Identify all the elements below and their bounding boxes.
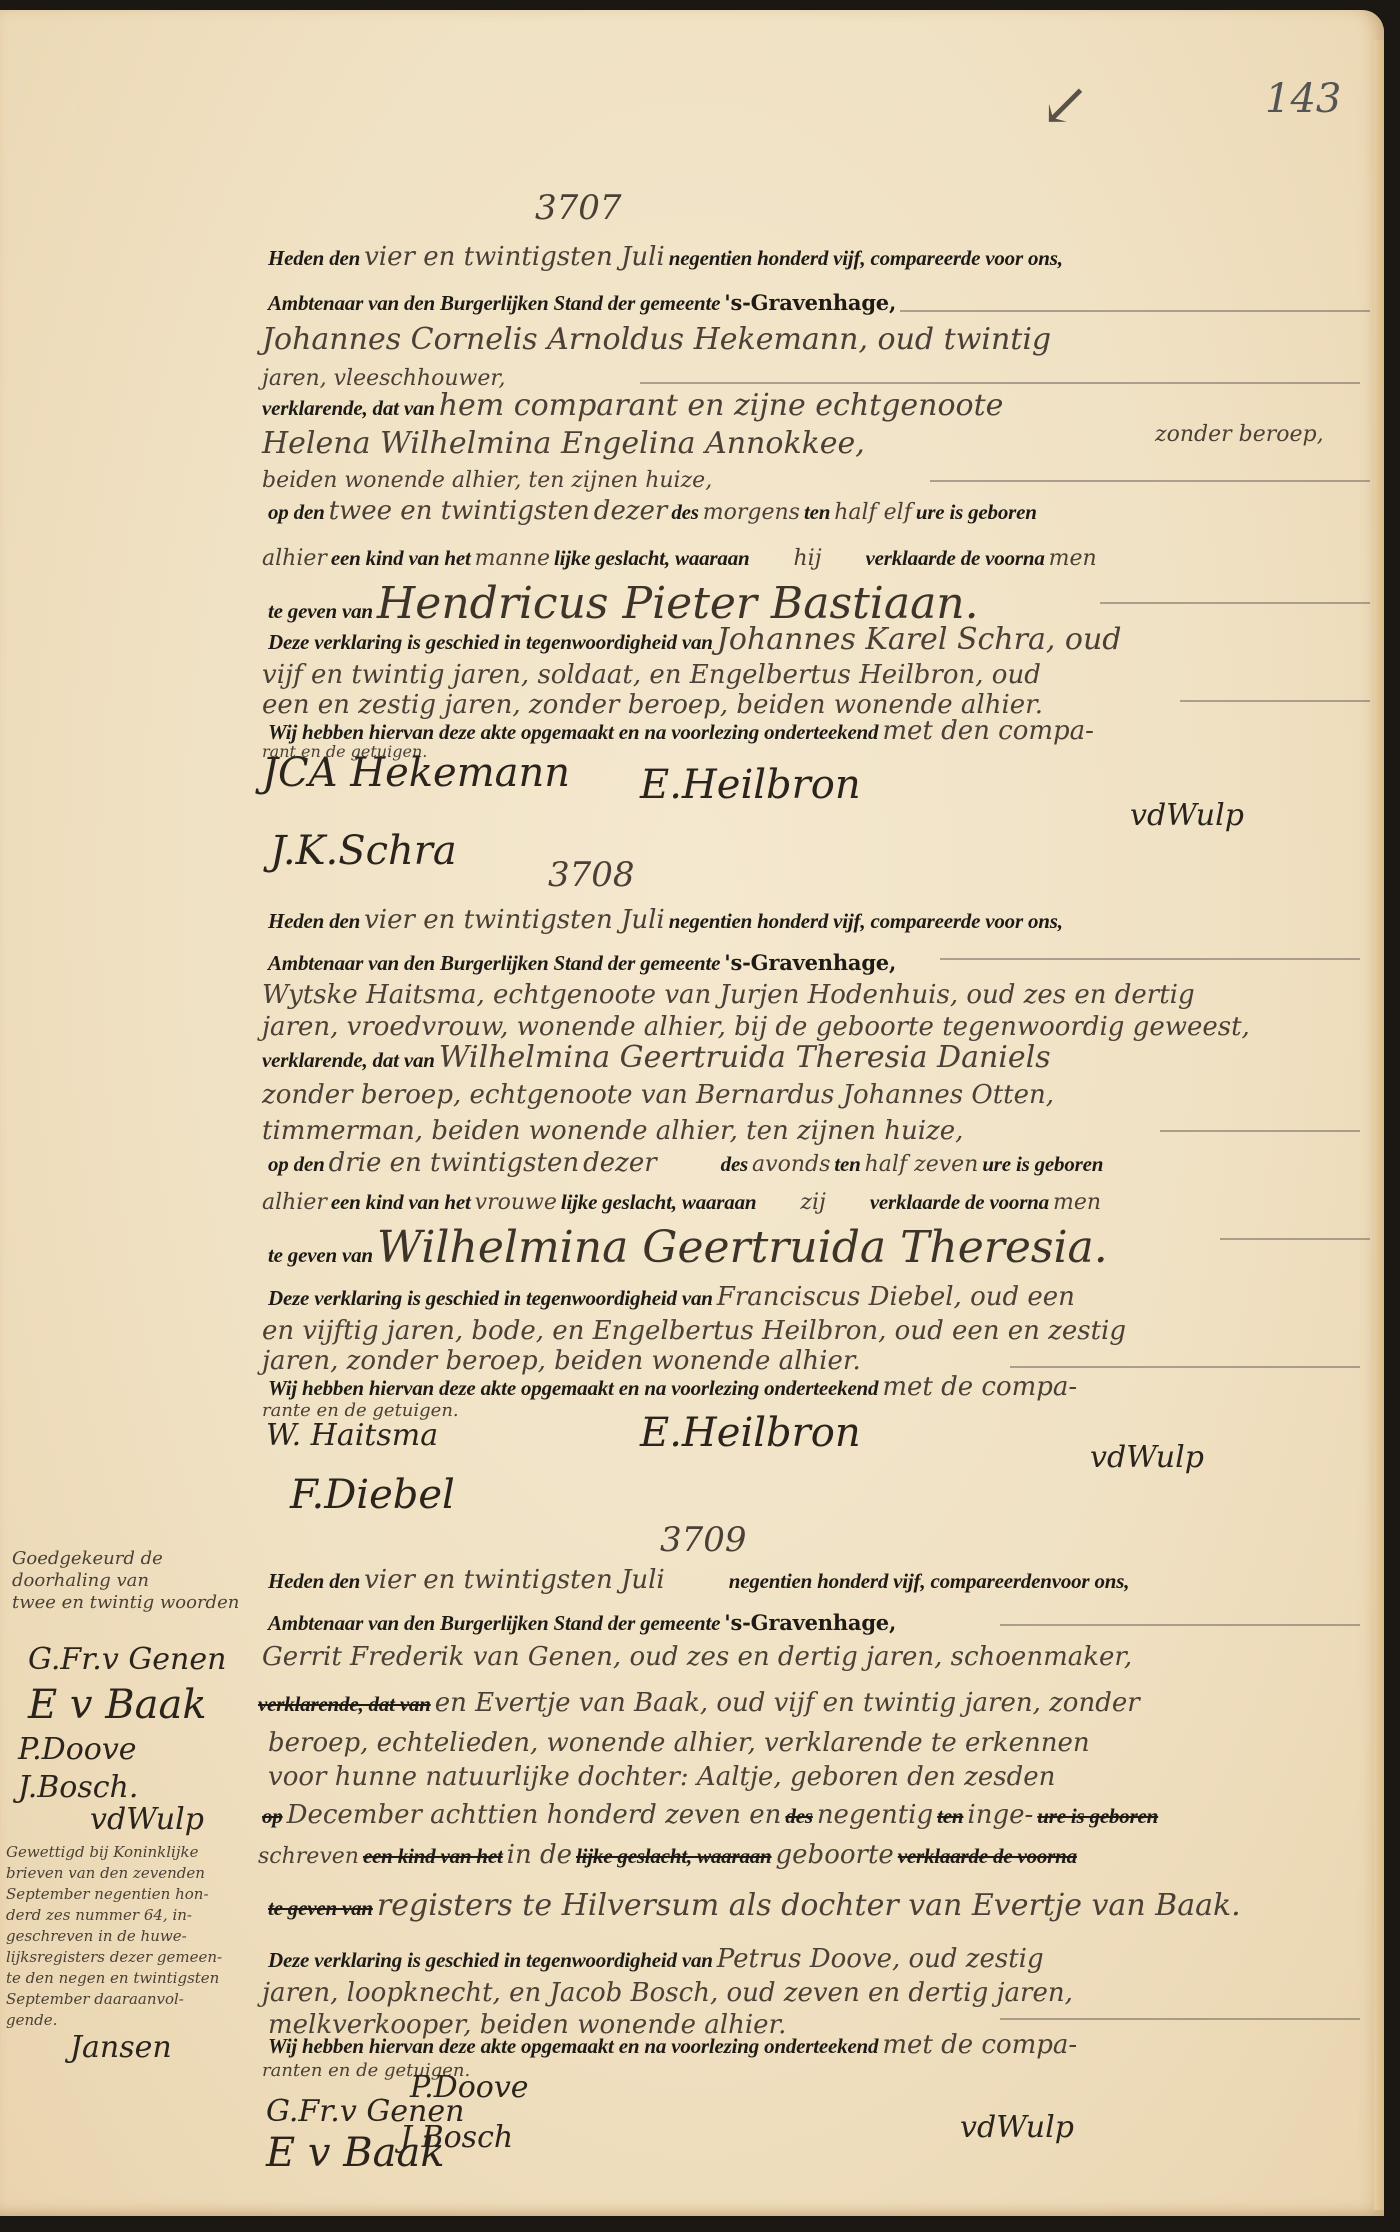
printed-text: te geven van <box>268 599 373 623</box>
signature-registrar: vdWulp <box>1090 1440 1204 1475</box>
act-line-official: Ambtenaar van den Burgerlijken Stand der… <box>268 1610 896 1636</box>
printed-text: verklarende, dat van <box>262 396 435 420</box>
handwritten-text: in de <box>507 1840 572 1870</box>
approval-note: Goedgekeurd de doorhaling van twee en tw… <box>12 1548 239 1614</box>
handwritten-date: vier en twintigsten Juli <box>364 905 665 935</box>
act-line-declaring: verklarende, dat van hem comparant en zi… <box>262 388 1003 423</box>
witness-details: en vijftig jaren, bode, en Engelbertus H… <box>262 1316 1126 1346</box>
municipality: 's-Gravenhage, <box>724 1610 896 1635</box>
margin-signature: J.Bosch. <box>18 1770 138 1805</box>
signature: W. Haitsma <box>266 1418 438 1453</box>
printed-text: negentien honderd vijf, compareerde voor… <box>669 909 1063 933</box>
struck-printed-text: lijke geslacht, waaraan <box>576 1844 772 1868</box>
witness-details: vijf en twintig jaren, soldaat, en Engel… <box>262 660 1041 690</box>
act-line-date: Heden den vier en twintigsten Juli negen… <box>268 1565 1129 1595</box>
printed-text: Ambtenaar van den Burgerlijken Stand der… <box>268 1611 720 1635</box>
handwritten-text: Petrus Doove, oud zestig <box>717 1944 1044 1974</box>
page-edge <box>1374 40 1384 2210</box>
act-line-declaring: verklarende, dat van Wilhelmina Geertrui… <box>262 1040 1051 1075</box>
printed-text: lijke geslacht, waaraan <box>554 546 750 570</box>
printed-text: op den <box>268 1152 325 1176</box>
declarant: Gerrit Frederik van Genen, oud zes en de… <box>262 1642 1132 1672</box>
act-line-closing: Wij hebben hiervan deze akte opgemaakt e… <box>268 2030 1077 2060</box>
handwritten-text: dezer <box>583 1148 657 1178</box>
printed-text: ure is geboren <box>916 500 1037 524</box>
printed-text: lijke geslacht, waaraan <box>561 1190 757 1214</box>
act-line-witnesses: Deze verklaring is geschied in tegenwoor… <box>268 1282 1075 1312</box>
printed-text: verklaarde de voorna <box>866 546 1045 570</box>
act-number: 3708 <box>548 855 635 895</box>
struck-printed-text: des <box>785 1804 812 1828</box>
mother-name: Helena Wilhelmina Engelina Annokkee, <box>262 426 865 461</box>
act-number: 3707 <box>535 188 622 228</box>
municipality: 's-Gravenhage, <box>724 950 896 975</box>
handwritten-text: manne <box>475 546 550 571</box>
printed-text: een kind van het <box>331 1190 471 1214</box>
handwritten-text: en Evertje van Baak, oud vijf en twintig… <box>435 1688 1140 1718</box>
embossed-seal-icon <box>14 32 80 236</box>
handwritten-text: hij <box>793 546 821 571</box>
signature-registrar: vdWulp <box>960 2110 1074 2145</box>
act-line-closing: Wij hebben hiervan deze akte opgemaakt e… <box>268 1372 1077 1402</box>
residence: beiden wonende alhier, ten zijnen huize, <box>262 468 712 493</box>
declarant: Johannes Cornelis Arnoldus Hekemann, oud… <box>262 322 1051 357</box>
act-line-date: Heden den vier en twintigsten Juli negen… <box>268 905 1063 935</box>
printed-text: Wij hebben hiervan deze akte opgemaakt e… <box>268 1376 878 1400</box>
handwritten-text: schreven <box>258 1844 359 1869</box>
struck-printed-text: verklaarde de voorna <box>898 1844 1077 1868</box>
printed-text: Wij hebben hiervan deze akte opgemaakt e… <box>268 720 878 744</box>
mother-occupation: zonder beroep, <box>1155 422 1324 447</box>
handwritten-text: Johannes Karel Schra, oud <box>717 622 1122 657</box>
signature: P.Doove <box>410 2070 529 2105</box>
handwritten-text: December achttien honderd zeven en <box>287 1800 782 1830</box>
act-line-birth: op den twee en twintigsten dezer des mor… <box>268 496 1037 526</box>
handwritten-text: alhier <box>262 546 327 571</box>
handwritten-text: avonds <box>752 1152 830 1177</box>
printed-text: Heden den <box>268 246 360 270</box>
act-number: 3709 <box>660 1520 747 1560</box>
signature: E.Heilbron <box>640 762 861 808</box>
struck-printed-text: een kind van het <box>363 1844 503 1868</box>
act-line-child: alhier een kind van het vrouwe lijke ges… <box>262 1190 1101 1215</box>
printed-text: Deze verklaring is geschied in tegenwoor… <box>268 1948 713 1972</box>
signature: J Bosch <box>400 2120 513 2155</box>
printed-text: Wij hebben hiervan deze akte opgemaakt e… <box>268 2034 878 2058</box>
signature: J.K.Schra <box>270 828 457 874</box>
margin-signature: P.Doove <box>18 1732 137 1767</box>
handwritten-text: twee en twintigsten <box>329 496 590 526</box>
act-line-child: alhier een kind van het manne lijke gesl… <box>262 546 1097 571</box>
printed-text: negentien honderd vijf, compareerde voor… <box>669 246 1063 270</box>
act-line-birth: op den drie en twintigsten dezer des avo… <box>268 1148 1103 1178</box>
margin-signature: E v Baak <box>28 1682 207 1728</box>
declarant-occupation: jaren, vroedvrouw, wonende alhier, bij d… <box>262 1012 1250 1042</box>
register-page: ↙ 143 3707 Heden den vier en twintigsten… <box>0 10 1384 2216</box>
handwritten-text: hem comparant en zijne echtgenoote <box>439 388 1004 423</box>
handwritten-text: half elf <box>834 500 912 525</box>
printed-text: verklarende, dat van <box>262 1048 435 1072</box>
signature-registrar: vdWulp <box>1130 798 1244 833</box>
struck-printed-text: op <box>262 1804 283 1828</box>
municipality: 's-Gravenhage, <box>724 290 896 315</box>
handwritten-text: met de compa- <box>882 1372 1077 1402</box>
handwritten-text: morgens <box>703 500 800 525</box>
handwritten-text: dezer <box>594 496 668 526</box>
printed-text: Ambtenaar van den Burgerlijken Stand der… <box>268 951 720 975</box>
handwritten-text: met de compa- <box>882 2030 1077 2060</box>
printed-text: des <box>671 500 698 524</box>
act-line-registers: te geven van registers te Hilversum als … <box>268 1888 1241 1923</box>
printed-text: ure is geboren <box>982 1152 1103 1176</box>
printed-text: negentien honderd vijf, compareerdenvoor… <box>729 1569 1130 1593</box>
act-line-witnesses: Deze verklaring is geschied in tegenwoor… <box>268 622 1122 657</box>
handwritten-text: geboorte <box>776 1840 894 1870</box>
act-line-birth: op December achttien honderd zeven en de… <box>262 1800 1158 1830</box>
signature: JCA Hekemann <box>262 750 570 796</box>
printed-text: ten <box>834 1152 860 1176</box>
mother-spouse: zonder beroep, echtgenoote van Bernardus… <box>262 1080 1054 1110</box>
printed-text: verklaarde de voorna <box>870 1190 1049 1214</box>
handwritten-text: drie en twintigsten <box>329 1148 580 1178</box>
printed-text: te geven van <box>268 1243 373 1267</box>
handwritten-date: vier en twintigsten Juli <box>364 242 665 272</box>
act-line-declaring: verklarende, dat van en Evertje van Baak… <box>258 1688 1140 1718</box>
printed-text: Heden den <box>268 909 360 933</box>
act-line-witnesses: Deze verklaring is geschied in tegenwoor… <box>268 1944 1044 1974</box>
handwritten-text: inge- <box>967 1800 1033 1830</box>
act-line-child: schreven een kind van het in de lijke ge… <box>258 1840 1077 1870</box>
act-line-official: Ambtenaar van den Burgerlijken Stand der… <box>268 950 896 976</box>
handwritten-text: Franciscus Diebel, oud een <box>717 1282 1075 1312</box>
residence: timmerman, beiden wonende alhier, ten zi… <box>262 1116 963 1146</box>
printed-text: des <box>721 1152 748 1176</box>
margin-signature: Jansen <box>70 2030 172 2065</box>
printed-text: Ambtenaar van den Burgerlijken Stand der… <box>268 291 720 315</box>
handwritten-text: met den compa- <box>882 716 1094 746</box>
margin-signature: vdWulp <box>90 1802 204 1837</box>
page-number: 143 <box>1265 76 1341 122</box>
act-continuation: voor hunne natuurlijke dochter: Aaltje, … <box>268 1762 1055 1792</box>
struck-printed-text: verklarende, dat van <box>258 1692 431 1716</box>
act-line-official: Ambtenaar van den Burgerlijken Stand der… <box>268 290 896 316</box>
struck-printed-text: te geven van <box>268 1896 373 1920</box>
struck-printed-text: ten <box>937 1804 963 1828</box>
act-continuation: beroep, echtelieden, wonende alhier, ver… <box>268 1728 1090 1758</box>
printed-text: een kind van het <box>331 546 471 570</box>
handwritten-text: men <box>1049 546 1097 571</box>
handwritten-text: vrouwe <box>475 1190 557 1215</box>
signature: E.Heilbron <box>640 1410 861 1456</box>
printed-text: Heden den <box>268 1569 360 1593</box>
handwritten-date: vier en twintigsten Juli <box>364 1565 665 1595</box>
printed-text: ten <box>804 500 830 524</box>
legitimation-note: Gewettigd bij Koninklijke brieven van de… <box>6 1842 222 2031</box>
handwritten-text: zij <box>800 1190 825 1215</box>
child-name: Wilhelmina Geertruida Theresia. <box>377 1222 1108 1273</box>
corner-mark-icon: ↙ <box>1040 70 1090 140</box>
printed-text: op den <box>268 500 325 524</box>
printed-text: Deze verklaring is geschied in tegenwoor… <box>268 630 713 654</box>
mother-name: Wilhelmina Geertruida Theresia Daniels <box>439 1040 1051 1075</box>
witness-details: jaren, loopknecht, en Jacob Bosch, oud z… <box>262 1978 1073 2008</box>
handwritten-text: alhier <box>262 1190 327 1215</box>
signature: F.Diebel <box>290 1472 455 1518</box>
act-line-child-name: te geven van Wilhelmina Geertruida There… <box>268 1222 1108 1273</box>
act-line-date: Heden den vier en twintigsten Juli negen… <box>268 242 1063 272</box>
struck-printed-text: ure is geboren <box>1037 1804 1158 1828</box>
handwritten-text: men <box>1053 1190 1101 1215</box>
margin-signature: G.Fr.v Genen <box>28 1642 226 1677</box>
printed-text: Deze verklaring is geschied in tegenwoor… <box>268 1286 713 1310</box>
declarant: Wytske Haitsma, echtgenoote van Jurjen H… <box>262 980 1195 1010</box>
handwritten-text: half zeven <box>865 1152 979 1177</box>
handwritten-text: registers te Hilversum als dochter van E… <box>377 1888 1241 1923</box>
handwritten-text: negentig <box>817 1800 933 1830</box>
